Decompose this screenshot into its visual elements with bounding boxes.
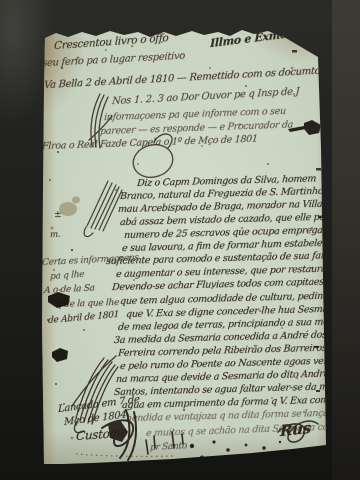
brown-stain — [59, 197, 80, 217]
body-line: que tem algua comodidade de cultura, ped… — [120, 290, 360, 307]
background-right-band — [332, 0, 360, 480]
salutation: Illmo e Exmo Senhor — [210, 22, 333, 50]
annotation-top-2: seu ferio pa o lugar respeitivo — [42, 50, 185, 69]
manuscript-page: Crescentou livro o offo seu ferio pa o l… — [42, 28, 328, 466]
margin-note: A o de la Sa — [44, 283, 95, 296]
closing-fragment: pr Santo — [150, 441, 187, 453]
dotted-underline — [76, 454, 174, 456]
margin-note: m. — [50, 229, 61, 240]
registry-line: Flroa o Real Fazde Capela o 1º de Mço de… — [42, 133, 258, 152]
annotation-top-1: Crescentou livro o offo — [54, 32, 169, 52]
margin-note: ± — [54, 210, 62, 220]
photo-of-manuscript: Crescentou livro o offo seu ferio pa o l… — [0, 0, 360, 480]
clerk-name: Custodio — [76, 425, 128, 443]
ink-blot-left-lower — [52, 348, 68, 362]
margin-note: pa q lhe — [50, 270, 84, 282]
margin-note: q de la que lhe — [56, 298, 120, 310]
bottom-ink-specks — [190, 440, 281, 460]
registry-line: Nos 1. 2. 3 ao Dor Ouvor pe q Insp de J — [112, 86, 300, 107]
body-line: e muitos q se achão na dita Sesmaria con… — [146, 420, 360, 439]
margin-note: de Abril de 1801 — [48, 310, 119, 326]
hatch-flourish-small — [84, 181, 122, 237]
signature: Rus — [280, 419, 311, 440]
